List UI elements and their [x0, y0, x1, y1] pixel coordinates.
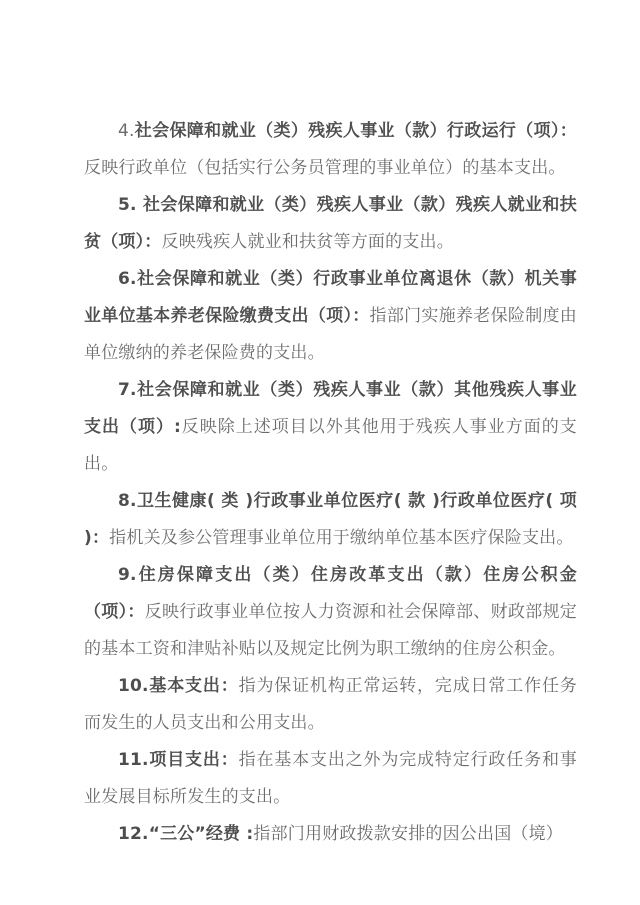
term-heading: 11.项目支出： — [118, 750, 239, 770]
term-heading: 10.基本支出： — [118, 676, 239, 696]
document-body: 4.社会保障和就业（类）残疾人事业（款）行政运行（项）：反映行政单位（包括实行公… — [84, 113, 577, 853]
paragraph: 8.卫生健康( 类 )行政事业单位医疗( 款 )行政单位医疗( 项 )：指机关及… — [84, 483, 577, 557]
term-description: 反映残疾人就业和扶贫等方面的支出。 — [162, 232, 454, 252]
paragraph: 10.基本支出：指为保证机构正常运转，完成日常工作任务而发生的人员支出和公用支出… — [84, 668, 577, 742]
paragraph: 7.社会保障和就业（类）残疾人事业（款）其他残疾人事业支出（项）:反映除上述项目… — [84, 372, 577, 483]
paragraph: 4.社会保障和就业（类）残疾人事业（款）行政运行（项）：反映行政单位（包括实行公… — [84, 113, 577, 187]
term-description: 反映行政事业单位按人力资源和社会保障部、财政部规定的基本工资和津贴补贴以及规定比… — [84, 602, 577, 659]
term-description: 指部门用财政拨款安排的因公出国（境） — [253, 824, 563, 844]
term-description: 反映行政单位（包括实行公务员管理的事业单位）的基本支出。 — [84, 158, 566, 178]
paragraph: 5. 社会保障和就业（类）残疾人事业（款）残疾人就业和扶贫（项）：反映残疾人就业… — [84, 187, 577, 261]
term-description: 指机关及参公管理事业单位用于缴纳单位基本医疗保险支出。 — [109, 528, 573, 548]
paragraph: 6.社会保障和就业（类）行政事业单位离退休（款）机关事业单位基本养老保险缴费支出… — [84, 261, 577, 372]
term-description: 4. — [118, 121, 135, 141]
document-page: 4.社会保障和就业（类）残疾人事业（款）行政运行（项）：反映行政单位（包括实行公… — [0, 0, 640, 905]
paragraph: 11.项目支出：指在基本支出之外为完成特定行政任务和事业发展目标所发生的支出。 — [84, 742, 577, 816]
paragraph: 9.住房保障支出（类）住房改革支出（款）住房公积金（项）：反映行政事业单位按人力… — [84, 557, 577, 668]
paragraph: 12.“三公”经费 :指部门用财政拨款安排的因公出国（境） — [84, 816, 577, 853]
term-heading: 12.“三公”经费 : — [118, 824, 253, 844]
term-heading: 社会保障和就业（类）残疾人事业（款）行政运行（项）： — [135, 121, 577, 141]
